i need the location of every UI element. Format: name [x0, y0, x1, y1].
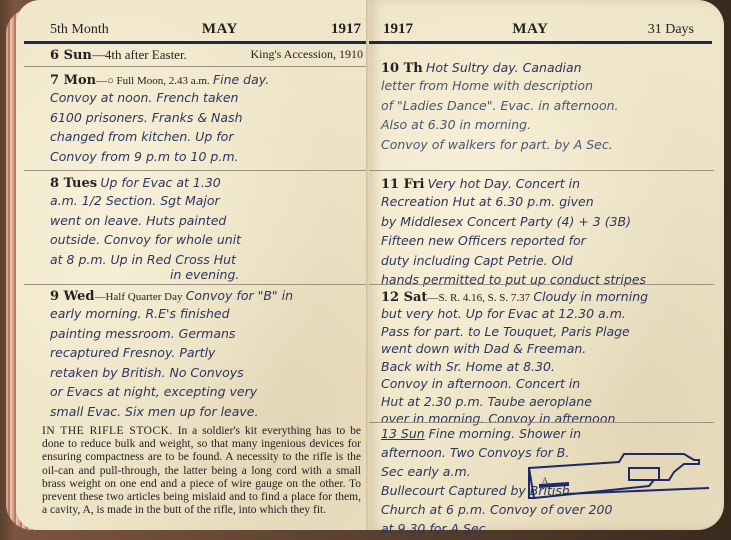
entry-11-fri: 11 Fri Very hot Day. Concert in Recreati… [381, 176, 710, 290]
diagram-label: A [542, 476, 548, 485]
handwriting-line: Hut at 2.30 p.m. Taube aeroplane [381, 393, 710, 411]
handwriting-line: Convoy at noon. French taken [50, 88, 363, 108]
handwriting-line: Convoy in afternoon. Concert in [381, 375, 710, 393]
entry-date: 12 Sat [381, 290, 427, 305]
handwriting-line: changed from kitchen. Up for [50, 127, 363, 147]
handwriting-line: Convoy of walkers for part. by A Sec. [381, 135, 710, 155]
year: 1917 [383, 21, 413, 38]
entry-10-thu: 10 Th Hot Sultry day. Canadian letter fr… [381, 60, 710, 154]
left-page: 5th Month MAY 1917 6 Sun—4th after Easte… [16, 0, 369, 530]
entry-7-mon: 7 Mon—○ Full Moon, 2.43 a.m. Fine day. C… [50, 72, 363, 166]
entry-date: 8 Tues [50, 176, 97, 191]
handwriting-line: a.m. 1/2 Section. Sgt Major [50, 191, 363, 211]
handwriting-line: in evening. [50, 269, 363, 281]
handwriting-line: duty including Capt Petrie. Old [381, 251, 710, 271]
printed-article: IN THE RIFLE STOCK. In a soldier's kit e… [42, 425, 361, 517]
handwriting-inline: Cloudy in morning [533, 289, 648, 304]
handwriting-line: at 9.30 for A Sec. [381, 519, 710, 538]
handwriting-line: Also at 6.30 in morning. [381, 115, 710, 135]
handwriting-line: went down with Dad & Freeman. [381, 340, 710, 358]
handwriting-inline: Up for Evac at 1.30 [100, 175, 220, 190]
entry-8-tues: 8 Tues Up for Evac at 1.30 a.m. 1/2 Sect… [50, 175, 363, 281]
day-divider [24, 284, 369, 285]
handwriting-line: early morning. R.E's finished [50, 304, 363, 324]
handwriting-line: or Evacs at night, excepting very [50, 382, 363, 402]
handwriting-inline: Hot Sultry day. Canadian [426, 60, 582, 75]
day-divider [24, 170, 369, 171]
handwriting: early morning. R.E's finished painting m… [50, 304, 363, 421]
handwriting: letter from Home with description of "La… [381, 76, 710, 154]
handwriting-line: outside. Convoy for whole unit [50, 230, 363, 250]
entry-label: —Half Quarter Day [94, 291, 182, 303]
month-number: 5th Month [50, 22, 109, 38]
days-count: 31 Days [648, 22, 694, 38]
left-page-header: 5th Month MAY 1917 [50, 16, 361, 38]
handwriting-line: Church at 6 p.m. Convoy of over 200 [381, 500, 710, 519]
month-name: MAY [202, 21, 238, 38]
entry-9-wed: 9 Wed—Half Quarter Day Convoy for "B" in… [50, 288, 363, 421]
rifle-butt-diagram: A [524, 450, 719, 502]
handwriting-line: but very hot. Up for Evac at 12.30 a.m. [381, 305, 710, 323]
entry-label: —○ Full Moon, 2.43 a.m. [96, 75, 210, 87]
handwriting-inline: Very hot Day. Concert in [428, 176, 580, 191]
handwriting-inline: Convoy for "B" in [186, 288, 293, 303]
header-rule [24, 41, 369, 44]
handwriting-line: letter from Home with description [381, 76, 710, 96]
entry-date: 7 Mon [50, 73, 96, 88]
entry-date: 9 Wed [50, 289, 94, 304]
handwriting: a.m. 1/2 Section. Sgt Major went on leav… [50, 191, 363, 281]
handwriting-line: recaptured Fresnoy. Partly [50, 343, 363, 363]
handwriting-line: painting messroom. Germans [50, 324, 363, 344]
diary-photo: 5th Month MAY 1917 6 Sun—4th after Easte… [0, 0, 731, 540]
article-body: In a soldier's kit everything has to be … [42, 425, 361, 516]
entry-label: —4th after Easter. [92, 47, 187, 62]
handwriting-line: of "Ladies Dance". Evac. in afternoon. [381, 96, 710, 116]
handwriting-line: by Middlesex Concert Party (4) + 3 (3B) [381, 212, 710, 232]
handwriting-line: Fifteen new Officers reported for [381, 231, 710, 251]
handwriting-line: Convoy from 9 p.m to 10 p.m. [50, 147, 363, 167]
handwriting-line: Back with Sr. Home at 8.30. [381, 358, 710, 376]
handwriting-line: went on leave. Huts painted [50, 211, 363, 231]
article-title: IN THE RIFLE STOCK. [42, 425, 173, 437]
month-name: MAY [512, 21, 548, 38]
entry-label: —S. R. 4.16, S. S. 7.37 [427, 292, 530, 304]
entry-date: 6 Sun [50, 48, 92, 63]
handwriting-line: 6100 prisoners. Franks & Nash [50, 108, 363, 128]
day-divider [369, 284, 714, 285]
right-page: 1917 MAY 31 Days 10 Th Hot Sultry day. C… [369, 0, 724, 530]
handwriting: Convoy at noon. French taken 6100 prison… [50, 88, 363, 166]
entry-date: 10 Th [381, 61, 423, 76]
handwriting-line: hands permitted to put up conduct stripe… [381, 270, 710, 290]
handwriting-inline: Fine day. [213, 72, 269, 87]
header-rule [369, 41, 712, 44]
year: 1917 [331, 21, 361, 38]
handwriting: Recreation Hut at 6.30 p.m. given by Mid… [381, 192, 710, 290]
entry-12-sat: 12 Sat—S. R. 4.16, S. S. 7.37 Cloudy in … [381, 289, 710, 428]
handwriting-inline: Fine morning. Shower in [429, 426, 581, 441]
handwriting-line: retaken by British. No Convoys [50, 363, 363, 383]
day-divider [369, 422, 714, 423]
right-page-header: 1917 MAY 31 Days [383, 16, 694, 38]
entry-6-sun: 6 Sun—4th after Easter. King's Accession… [50, 47, 363, 63]
entry-date: 13 Sun [381, 426, 425, 441]
entry-date: 11 Fri [381, 177, 424, 192]
printed-note: King's Accession, 1910 [251, 47, 364, 63]
handwriting-line: Recreation Hut at 6.30 p.m. given [381, 192, 710, 212]
day-divider [369, 170, 714, 171]
handwriting-line: Pass for part. to Le Touquet, Paris Plag… [381, 323, 710, 341]
day-divider [24, 66, 369, 67]
handwriting-line: small Evac. Six men up for leave. [50, 402, 363, 422]
handwriting: but very hot. Up for Evac at 12.30 a.m. … [381, 305, 710, 428]
